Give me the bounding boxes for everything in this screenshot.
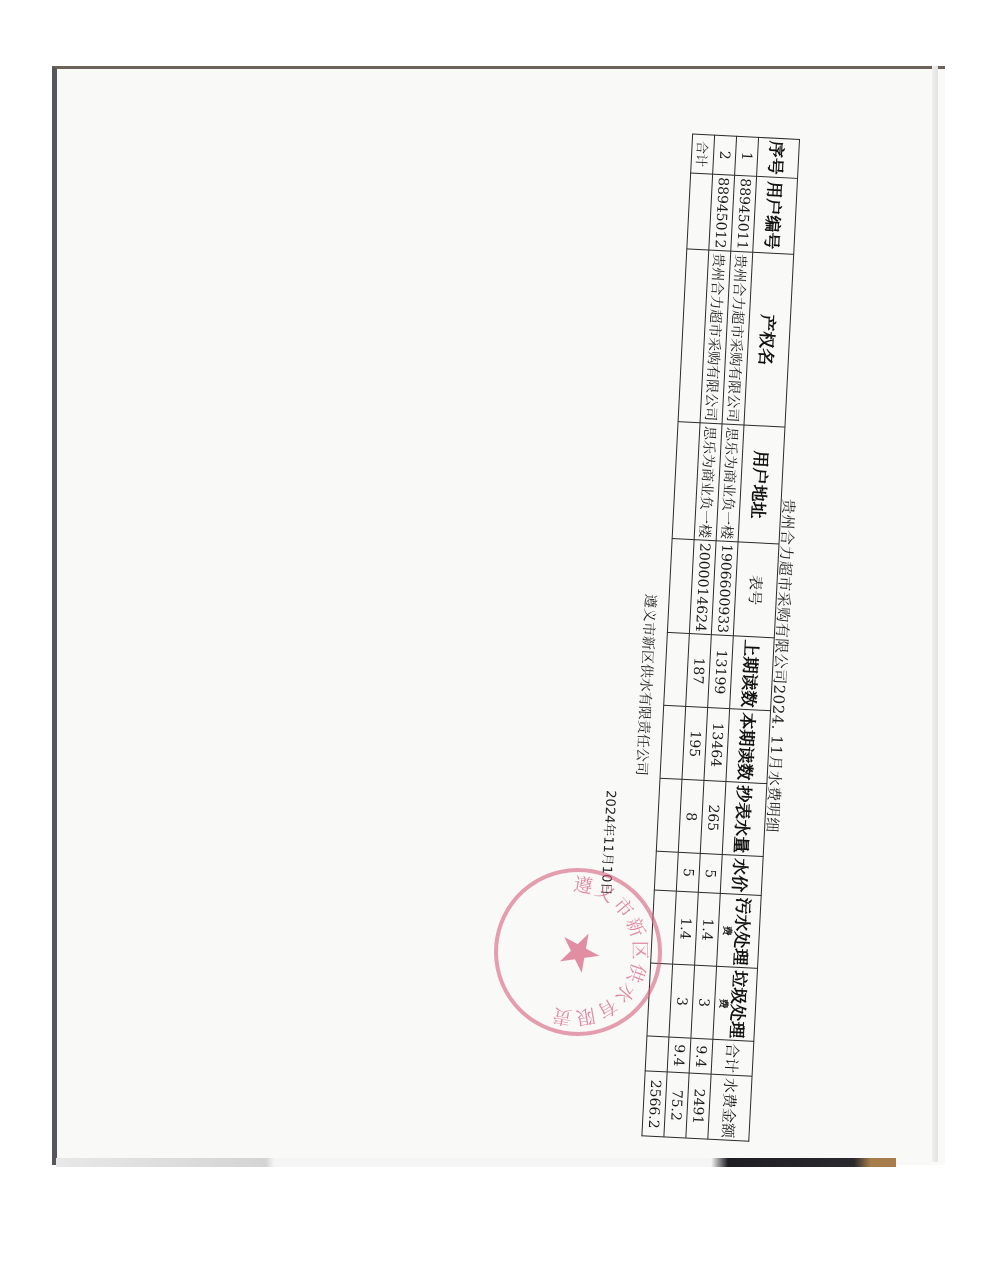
cell-water-price: 5 bbox=[676, 853, 700, 893]
empty-cell bbox=[664, 633, 690, 707]
company-seal: 遵义市新区供水有限责任公司 ★ bbox=[481, 855, 676, 1050]
total-amount: 2566.2 bbox=[642, 1071, 667, 1137]
paper-edge bbox=[932, 66, 938, 1162]
cell-water-price: 5 bbox=[698, 854, 722, 894]
paper-edge bbox=[56, 1158, 896, 1167]
cell-sewage-fee: 1.4 bbox=[695, 893, 721, 967]
empty-cell bbox=[645, 1036, 669, 1072]
cell-amount: 75.2 bbox=[664, 1072, 689, 1138]
cell-curr-reading: 13464 bbox=[704, 708, 730, 782]
star-icon: ★ bbox=[549, 925, 608, 980]
cell-garbage-fee: 3 bbox=[669, 964, 695, 1038]
cell-total-price: 9.4 bbox=[689, 1038, 713, 1074]
header-user-id: 用户编号 bbox=[753, 176, 798, 254]
empty-cell bbox=[687, 173, 713, 250]
cell-seq: 2 bbox=[713, 135, 737, 175]
cell-seq: 1 bbox=[735, 136, 759, 176]
header-garbage-fee: 垃圾处理 费 bbox=[713, 967, 758, 1042]
header-owner: 产权名 bbox=[744, 253, 794, 428]
cell-total-price: 9.4 bbox=[667, 1037, 691, 1073]
total-label: 合计 bbox=[691, 134, 715, 174]
header-seq: 序号 bbox=[757, 137, 800, 178]
header-total-price: 合计 bbox=[711, 1040, 754, 1077]
cell-user-id: 88945012 bbox=[709, 174, 735, 251]
cell-amount: 2491 bbox=[686, 1073, 711, 1139]
cell-volume: 265 bbox=[700, 781, 726, 855]
header-amount: 水费金额 bbox=[708, 1075, 752, 1142]
header-sewage-fee-label: 污水处理 bbox=[730, 897, 753, 966]
header-volume: 抄表水量 bbox=[722, 782, 767, 857]
cell-curr-reading: 195 bbox=[682, 707, 708, 781]
cell-prev-reading: 13199 bbox=[708, 635, 734, 709]
header-water-price: 水价 bbox=[720, 855, 763, 896]
header-prev-reading: 上期读数 bbox=[730, 636, 775, 711]
cell-volume: 8 bbox=[678, 780, 704, 854]
cell-sewage-fee: 1.4 bbox=[673, 892, 699, 966]
header-sewage-fee: 污水处理 费 bbox=[717, 894, 762, 969]
empty-cell bbox=[656, 779, 682, 853]
cell-user-id: 88945011 bbox=[731, 175, 757, 252]
header-garbage-fee-label: 垃圾处理 bbox=[726, 970, 749, 1039]
header-address: 用户地址 bbox=[738, 425, 785, 544]
header-curr-reading: 本期读数 bbox=[726, 709, 771, 784]
empty-cell bbox=[660, 706, 686, 780]
header-meter-no: 表号 bbox=[733, 542, 779, 638]
cell-prev-reading: 187 bbox=[686, 634, 712, 708]
cell-garbage-fee: 3 bbox=[691, 966, 717, 1040]
